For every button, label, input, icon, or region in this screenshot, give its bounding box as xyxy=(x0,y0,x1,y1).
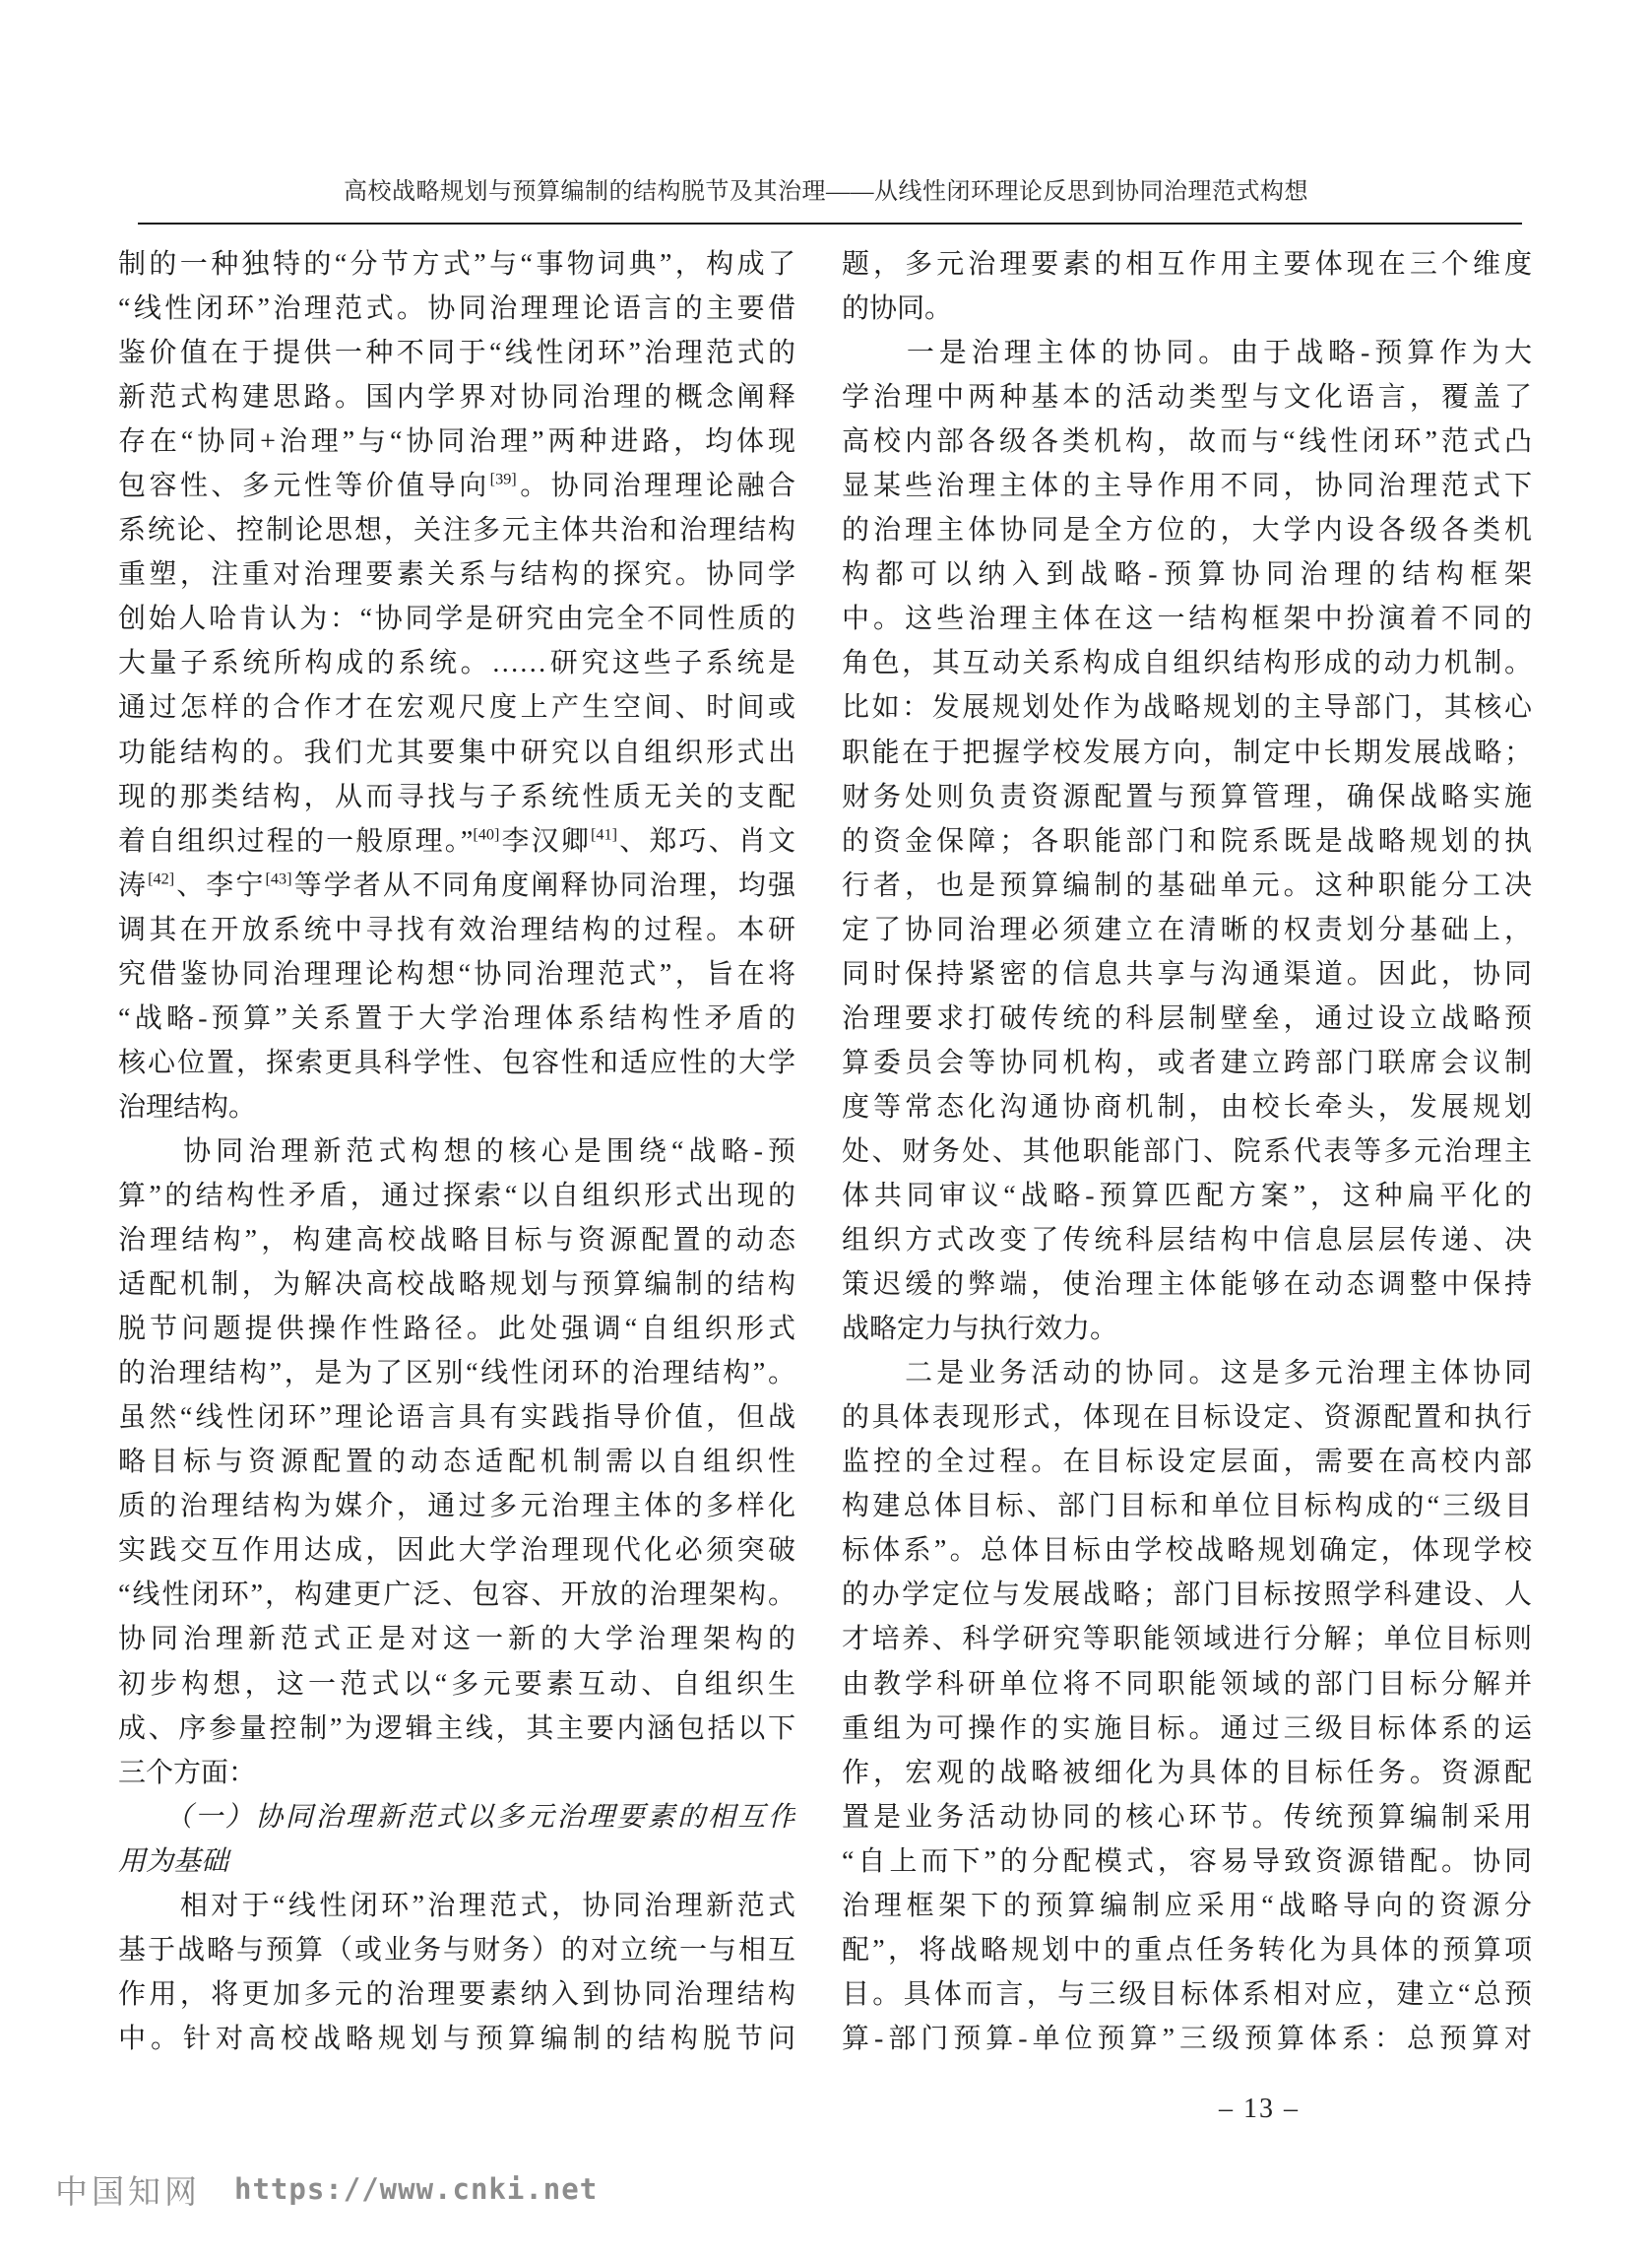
scanned-paper-page: 高校战略规划与预算编制的结构脱节及其治理——从线性闭环理论反思到协同治理范式构想… xyxy=(0,0,1652,2257)
text-line: 成、序参量控制”为逻辑主线，其主要内涵包括以下 xyxy=(118,1707,795,1751)
text-line: 治理要求打破传统的科层制壁垒，通过设立战略预 xyxy=(842,997,1532,1041)
text-line: 着自组织过程的一般原理。”[40]李汉卿[41]、郑巧、肖文 xyxy=(118,819,795,864)
text-line: 配”，将战略规划中的重点任务转化为具体的预算项 xyxy=(842,1928,1532,1972)
text-line: 中。这些治理主体在这一结构框架中扮演着不同的 xyxy=(842,597,1532,641)
text-line: 显某些治理主体的主导作用不同，协同治理范式下 xyxy=(842,464,1532,508)
text-line: 目。具体而言，与三级目标体系相对应，建立“总预 xyxy=(842,1972,1532,2017)
text-line: 定了协同治理必须建立在清晰的权责划分基础上， xyxy=(842,908,1532,952)
text-line: “线性闭环”治理范式。协同治理理论语言的主要借 xyxy=(118,287,795,331)
text-line: 初步构想，这一范式以“多元要素互动、自组织生 xyxy=(118,1662,795,1707)
text-line: 创始人哈肯认为：“协同学是研究由完全不同性质的 xyxy=(118,597,795,641)
text-line: 体共同审议“战略-预算匹配方案”，这种扁平化的 xyxy=(842,1174,1532,1218)
text-line: 的具体表现形式，体现在目标设定、资源配置和执行 xyxy=(842,1395,1532,1440)
text-line: 度等常态化沟通协商机制，由校长牵头，发展规划 xyxy=(842,1085,1532,1129)
text-line: 治理框架下的预算编制应采用“战略导向的资源分 xyxy=(842,1884,1532,1928)
running-header-title: 高校战略规划与预算编制的结构脱节及其治理——从线性闭环理论反思到协同治理范式构想 xyxy=(0,171,1652,206)
text-line: 质的治理结构为媒介，通过多元治理主体的多样化 xyxy=(118,1484,795,1528)
text-line: 标体系”。总体目标由学校战略规划确定，体现学校 xyxy=(842,1528,1532,1573)
text-line: 同时保持紧密的信息共享与沟通渠道。因此，协同 xyxy=(842,952,1532,997)
page-number: – 13 – xyxy=(1219,2094,1300,2125)
text-line: 制的一种独特的“分节方式”与“事物词典”，构成了 xyxy=(118,242,795,287)
text-line: 系统论、控制论思想，关注多元主体共治和治理结构 xyxy=(118,508,795,552)
text-line: 题，多元治理要素的相互作用主要体现在三个维度 xyxy=(842,242,1532,287)
text-line: 的协同。 xyxy=(842,287,1532,331)
text-line: 策迟缓的弊端，使治理主体能够在动态调整中保持 xyxy=(842,1262,1532,1307)
text-column-right: 题，多元治理要素的相互作用主要体现在三个维度的协同。 一是治理主体的协同。由于战… xyxy=(842,242,1532,2061)
text-line: 一是治理主体的协同。由于战略-预算作为大 xyxy=(842,331,1532,375)
text-line: 的治理主体协同是全方位的，大学内设各级各类机 xyxy=(842,508,1532,552)
text-line: 二是业务活动的协同。这是多元治理主体协同 xyxy=(842,1351,1532,1395)
text-line: 作，宏观的战略被细化为具体的目标任务。资源配 xyxy=(842,1751,1532,1795)
text-line: 构建总体目标、部门目标和单位目标构成的“三级目 xyxy=(842,1484,1532,1528)
text-line: 新范式构建思路。国内学界对协同治理的概念阐释 xyxy=(118,375,795,419)
cnki-watermark-site-url: https://www.cnki.net xyxy=(234,2172,598,2206)
text-line: 才培养、科学研究等职能领域进行分解；单位目标则 xyxy=(842,1617,1532,1661)
text-line: 协同治理新范式正是对这一新的大学治理架构的 xyxy=(118,1617,795,1661)
text-line: 由教学科研单位将不同职能领域的部门目标分解并 xyxy=(842,1662,1532,1707)
text-line: 学治理中两种基本的活动类型与文化语言，覆盖了 xyxy=(842,375,1532,419)
text-line: 略目标与资源配置的动态适配机制需以自组织性 xyxy=(118,1440,795,1484)
text-line: 处、财务处、其他职能部门、院系代表等多元治理主 xyxy=(842,1129,1532,1174)
text-line: 构都可以纳入到战略-预算协同治理的结构框架 xyxy=(842,552,1532,597)
text-line: 功能结构的。我们尤其要集中研究以自组织形式出 xyxy=(118,731,795,775)
text-line: 适配机制，为解决高校战略规划与预算编制的结构 xyxy=(118,1262,795,1307)
text-line: 算-部门预算-单位预算”三级预算体系：总预算对 xyxy=(842,2017,1532,2061)
text-line: 组织方式改变了传统科层结构中信息层层传递、决 xyxy=(842,1218,1532,1262)
text-line: 脱节问题提供操作性路径。此处强调“自组织形式 xyxy=(118,1307,795,1351)
text-line: 实践交互作用达成，因此大学治理现代化必须突破 xyxy=(118,1528,795,1573)
text-line: 通过怎样的合作才在宏观尺度上产生空间、时间或 xyxy=(118,685,795,730)
text-line: 究借鉴协同治理理论构想“协同治理范式”，旨在将 xyxy=(118,952,795,997)
text-line: 置是业务活动协同的核心环节。传统预算编制采用 xyxy=(842,1795,1532,1839)
text-line: 现的那类结构，从而寻找与子系统性质无关的支配 xyxy=(118,775,795,819)
text-line: 财务处则负责资源配置与预算管理，确保战略实施 xyxy=(842,775,1532,819)
cnki-watermark-site-name: 中国知网 xyxy=(55,2166,201,2213)
text-line: 行者，也是预算编制的基础单元。这种职能分工决 xyxy=(842,864,1532,908)
text-line: 涛[42]、李宁[43]等学者从不同角度阐释协同治理，均强 xyxy=(118,864,795,908)
header-divider-rule xyxy=(138,223,1522,225)
text-line: 大量子系统所构成的系统。……研究这些子系统是 xyxy=(118,641,795,685)
text-line: 算委员会等协同机构，或者建立跨部门联席会议制 xyxy=(842,1041,1532,1085)
text-line: 治理结构。 xyxy=(118,1085,795,1129)
text-line: 用为基础 xyxy=(118,1839,795,1884)
text-line: 战略定力与执行效力。 xyxy=(842,1307,1532,1351)
text-line: 职能在于把握学校发展方向，制定中长期发展战略； xyxy=(842,731,1532,775)
text-line: 作用，将更加多元的治理要素纳入到协同治理结构 xyxy=(118,1972,795,2017)
text-line: 的资金保障；各职能部门和院系既是战略规划的执 xyxy=(842,819,1532,864)
text-line: 包容性、多元性等价值导向[39]。协同治理理论融合 xyxy=(118,464,795,508)
text-line: （一）协同治理新范式以多元治理要素的相互作 xyxy=(118,1795,795,1839)
text-line: 协同治理新范式构想的核心是围绕“战略-预 xyxy=(118,1129,795,1174)
text-line: 重塑，注重对治理要素关系与结构的探究。协同学 xyxy=(118,552,795,597)
text-line: “战略-预算”关系置于大学治理体系结构性矛盾的 xyxy=(118,997,795,1041)
text-line: 中。针对高校战略规划与预算编制的结构脱节问 xyxy=(118,2017,795,2061)
text-line: 鉴价值在于提供一种不同于“线性闭环”治理范式的 xyxy=(118,331,795,375)
text-line: 的治理结构”，是为了区别“线性闭环的治理结构”。 xyxy=(118,1351,795,1395)
text-line: 算”的结构性矛盾，通过探索“以自组织形式出现的 xyxy=(118,1174,795,1218)
text-line: 核心位置，探索更具科学性、包容性和适应性的大学 xyxy=(118,1041,795,1085)
text-column-left: 制的一种独特的“分节方式”与“事物词典”，构成了“线性闭环”治理范式。协同治理理… xyxy=(118,242,795,2061)
text-line: 高校内部各级各类机构，故而与“线性闭环”范式凸 xyxy=(842,419,1532,464)
text-line: 角色，其互动关系构成自组织结构形成的动力机制。 xyxy=(842,641,1532,685)
text-line: 的办学定位与发展战略；部门目标按照学科建设、人 xyxy=(842,1573,1532,1617)
text-line: 存在“协同+治理”与“协同治理”两种进路，均体现 xyxy=(118,419,795,464)
text-line: “线性闭环”，构建更广泛、包容、开放的治理架构。 xyxy=(118,1573,795,1617)
text-line: 调其在开放系统中寻找有效治理结构的过程。本研 xyxy=(118,908,795,952)
text-line: 基于战略与预算（或业务与财务）的对立统一与相互 xyxy=(118,1928,795,1972)
text-line: 重组为可操作的实施目标。通过三级目标体系的运 xyxy=(842,1707,1532,1751)
text-line: 虽然“线性闭环”理论语言具有实践指导价值，但战 xyxy=(118,1395,795,1440)
text-line: 比如：发展规划处作为战略规划的主导部门，其核心 xyxy=(842,685,1532,730)
text-line: 治理结构”，构建高校战略目标与资源配置的动态 xyxy=(118,1218,795,1262)
text-line: 三个方面： xyxy=(118,1751,795,1795)
text-line: 监控的全过程。在目标设定层面，需要在高校内部 xyxy=(842,1440,1532,1484)
text-line: “自上而下”的分配模式，容易导致资源错配。协同 xyxy=(842,1839,1532,1884)
text-line: 相对于“线性闭环”治理范式，协同治理新范式 xyxy=(118,1884,795,1928)
